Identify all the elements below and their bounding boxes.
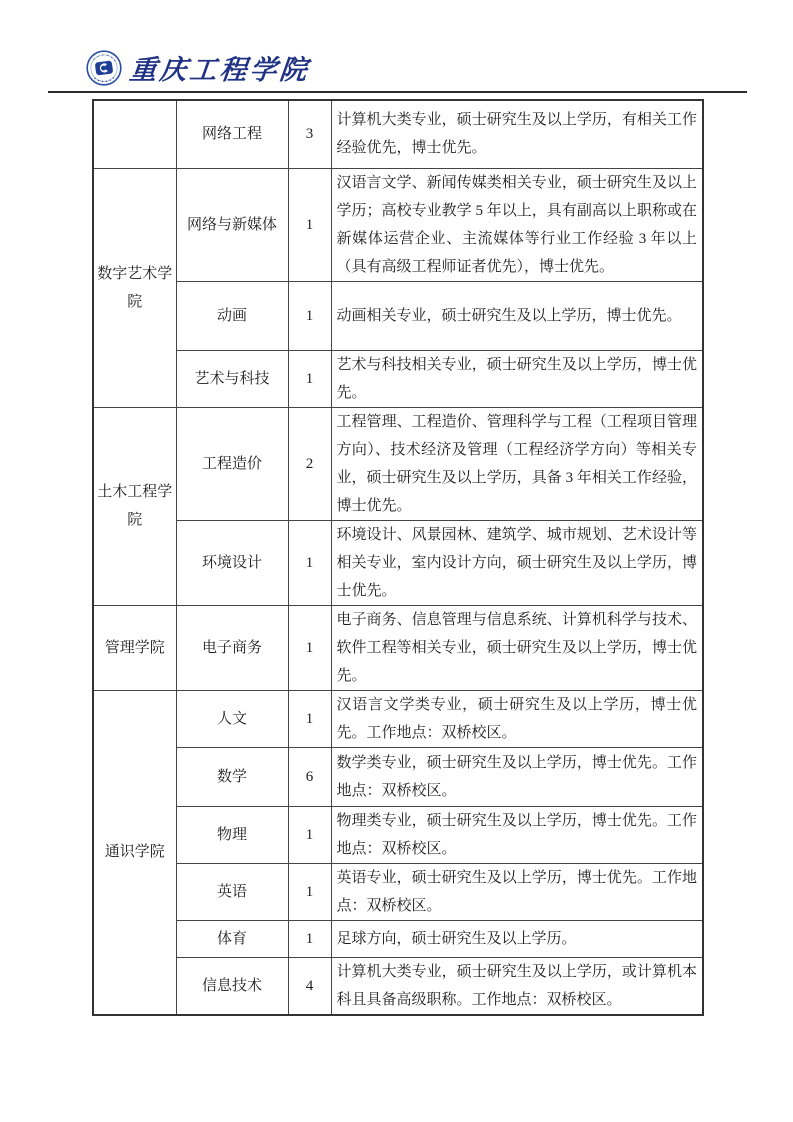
requirements-cell: 环境设计、风景园林、建筑学、城市规划、艺术设计等相关专业，室内设计方向，硕士研究… xyxy=(331,520,703,605)
table-row: 英语 1 英语专业，硕士研究生及以上学历，博士优先。工作地点：双桥校区。 xyxy=(93,863,703,920)
table-row: 土木工程学院 工程造价 2 工程管理、工程造价、管理科学与工程（工程项目管理方向… xyxy=(93,407,703,520)
count-cell: 1 xyxy=(288,281,331,350)
table-row: 管理学院 电子商务 1 电子商务、信息管理与信息系统、计算机科学与技术、软件工程… xyxy=(93,605,703,690)
major-cell: 电子商务 xyxy=(176,605,288,690)
requirements-cell: 英语专业，硕士研究生及以上学历，博士优先。工作地点：双桥校区。 xyxy=(331,863,703,920)
count-cell: 6 xyxy=(288,747,331,806)
page-header: 重庆工程学院 xyxy=(86,48,310,87)
table-row: 体育 1 足球方向，硕士研究生及以上学历。 xyxy=(93,920,703,957)
major-cell: 信息技术 xyxy=(176,957,288,1015)
count-cell: 1 xyxy=(288,806,331,863)
requirements-cell: 汉语言文学、新闻传媒类相关专业，硕士研究生及以上学历；高校专业教学 5 年以上，… xyxy=(331,168,703,281)
table-row: 信息技术 4 计算机大类专业，硕士研究生及以上学历，或计算机本科且具备高级职称。… xyxy=(93,957,703,1015)
college-cell: 通识学院 xyxy=(93,690,176,1015)
count-cell: 2 xyxy=(288,407,331,520)
count-cell: 4 xyxy=(288,957,331,1015)
college-cell xyxy=(93,100,176,168)
major-cell: 数学 xyxy=(176,747,288,806)
major-cell: 物理 xyxy=(176,806,288,863)
major-cell: 艺术与科技 xyxy=(176,350,288,407)
university-emblem-icon xyxy=(86,50,122,86)
count-cell: 1 xyxy=(288,168,331,281)
college-cell: 管理学院 xyxy=(93,605,176,690)
recruitment-table: 网络工程 3 计算机大类专业，硕士研究生及以上学历，有相关工作经验优先，博士优先… xyxy=(92,99,704,1016)
major-cell: 网络工程 xyxy=(176,100,288,168)
major-cell: 环境设计 xyxy=(176,520,288,605)
count-cell: 1 xyxy=(288,520,331,605)
table-row: 环境设计 1 环境设计、风景园林、建筑学、城市规划、艺术设计等相关专业，室内设计… xyxy=(93,520,703,605)
college-cell: 数字艺术学院 xyxy=(93,168,176,407)
requirements-cell: 足球方向，硕士研究生及以上学历。 xyxy=(331,920,703,957)
table-row: 数字艺术学院 网络与新媒体 1 汉语言文学、新闻传媒类相关专业，硕士研究生及以上… xyxy=(93,168,703,281)
requirements-cell: 计算机大类专业，硕士研究生及以上学历，或计算机本科且具备高级职称。工作地点：双桥… xyxy=(331,957,703,1015)
college-cell: 土木工程学院 xyxy=(93,407,176,605)
document-page: 重庆工程学院 网络工程 3 计算机大类专业，硕士研究生及以上学历，有相关工作经验… xyxy=(0,0,793,1122)
requirements-cell: 数学类专业，硕士研究生及以上学历，博士优先。工作地点：双桥校区。 xyxy=(331,747,703,806)
header-divider xyxy=(48,91,747,93)
major-cell: 人文 xyxy=(176,690,288,747)
requirements-cell: 工程管理、工程造价、管理科学与工程（工程项目管理方向）、技术经济及管理（工程经济… xyxy=(331,407,703,520)
requirements-cell: 汉语言文学类专业，硕士研究生及以上学历，博士优先。工作地点：双桥校区。 xyxy=(331,690,703,747)
requirements-cell: 动画相关专业，硕士研究生及以上学历，博士优先。 xyxy=(331,281,703,350)
count-cell: 1 xyxy=(288,863,331,920)
count-cell: 3 xyxy=(288,100,331,168)
requirements-cell: 计算机大类专业，硕士研究生及以上学历，有相关工作经验优先，博士优先。 xyxy=(331,100,703,168)
major-cell: 体育 xyxy=(176,920,288,957)
major-cell: 英语 xyxy=(176,863,288,920)
requirements-cell: 物理类专业，硕士研究生及以上学历，博士优先。工作地点：双桥校区。 xyxy=(331,806,703,863)
table-row: 数学 6 数学类专业，硕士研究生及以上学历，博士优先。工作地点：双桥校区。 xyxy=(93,747,703,806)
requirements-cell: 艺术与科技相关专业，硕士研究生及以上学历，博士优先。 xyxy=(331,350,703,407)
university-logo-text: 重庆工程学院 xyxy=(128,48,312,87)
major-cell: 网络与新媒体 xyxy=(176,168,288,281)
table-row: 网络工程 3 计算机大类专业，硕士研究生及以上学历，有相关工作经验优先，博士优先… xyxy=(93,100,703,168)
table-row: 动画 1 动画相关专业，硕士研究生及以上学历，博士优先。 xyxy=(93,281,703,350)
table-row: 艺术与科技 1 艺术与科技相关专业，硕士研究生及以上学历，博士优先。 xyxy=(93,350,703,407)
table-row: 物理 1 物理类专业，硕士研究生及以上学历，博士优先。工作地点：双桥校区。 xyxy=(93,806,703,863)
major-cell: 动画 xyxy=(176,281,288,350)
count-cell: 1 xyxy=(288,920,331,957)
count-cell: 1 xyxy=(288,605,331,690)
requirements-cell: 电子商务、信息管理与信息系统、计算机科学与技术、软件工程等相关专业，硕士研究生及… xyxy=(331,605,703,690)
major-cell: 工程造价 xyxy=(176,407,288,520)
count-cell: 1 xyxy=(288,690,331,747)
count-cell: 1 xyxy=(288,350,331,407)
table-row: 通识学院 人文 1 汉语言文学类专业，硕士研究生及以上学历，博士优先。工作地点：… xyxy=(93,690,703,747)
